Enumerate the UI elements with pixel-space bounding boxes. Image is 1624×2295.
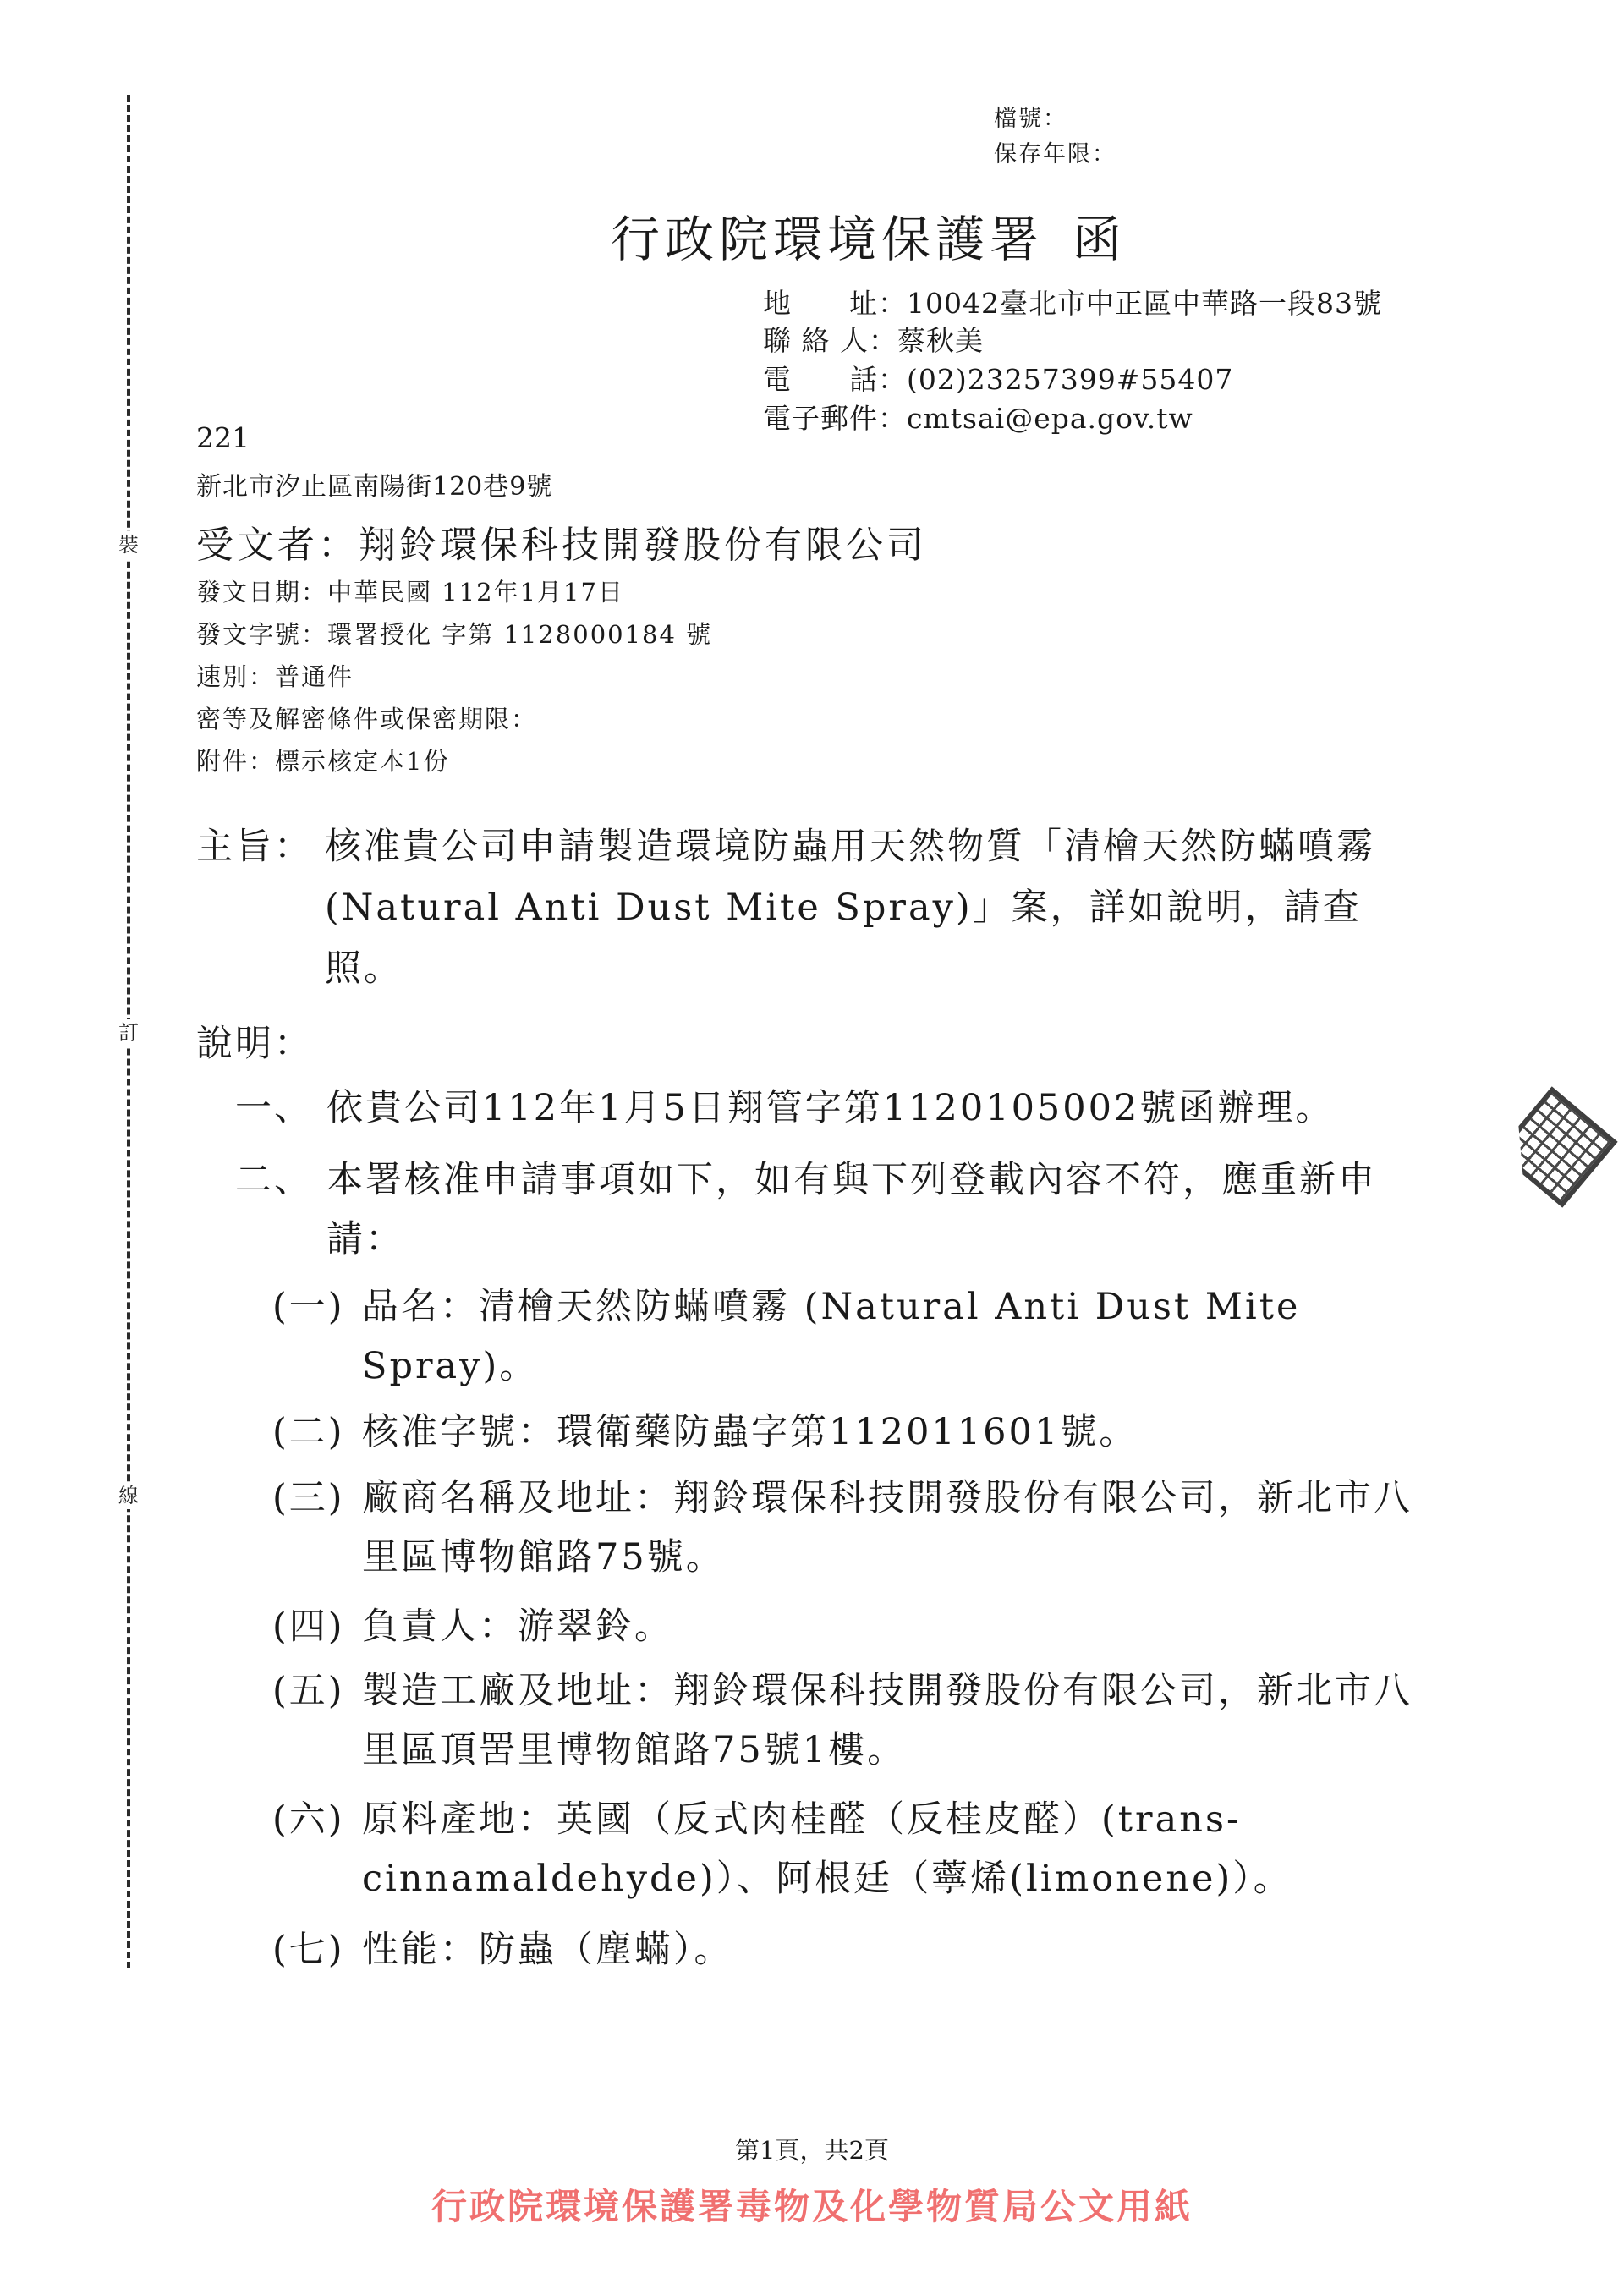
contact-email-label: 電子郵件： (763, 402, 907, 435)
subject-label: 主旨： (196, 816, 313, 877)
sub-item-responsible-person: (四) 負責人：游翠鈴。 (272, 1597, 1423, 1656)
item-number: 二、 (235, 1150, 313, 1210)
meta-value: 中華民國 112年1月17日 (327, 578, 624, 607)
contact-phone-label: 電 話： (763, 363, 907, 396)
file-number-label: 檔號： (994, 100, 1067, 133)
meta-label: 密等及解密條件或保密期限： (196, 705, 537, 733)
meta-label: 附件： (196, 747, 275, 776)
meta-value: 標示核定本1份 (275, 747, 449, 776)
page-number: 第1頁，共2頁 (0, 2132, 1624, 2166)
description-label: 說明： (196, 1015, 313, 1067)
subject: 主旨： 核准貴公司申請製造環境防蟲用天然物質「清檜天然防蟎噴霧 (Natural… (196, 816, 1414, 999)
contact-email-value[interactable]: cmtsai@epa.gov.tw (907, 402, 1193, 435)
document-title: 行政院環境保護署函 (611, 200, 1127, 271)
sub-item-text: 製造工廠及地址：翔鈴環保科技開發股份有限公司，新北市八里區頂罟里博物館路75號1… (362, 1661, 1423, 1780)
meta-label: 發文日期： (196, 578, 327, 607)
sub-item-number: (五) (272, 1661, 345, 1721)
contact-email: 電子郵件：cmtsai@epa.gov.tw (763, 397, 1193, 436)
meta-label: 速別： (196, 662, 275, 691)
document-type: 函 (1073, 211, 1127, 268)
sub-item-manufacturer: (三) 廠商名稱及地址：翔鈴環保科技開發股份有限公司，新北市八里區博物館路75號… (272, 1469, 1423, 1587)
recipient-address: 新北市汐止區南陽街120巷9號 (196, 465, 552, 502)
meta-classification: 密等及解密條件或保密期限： (196, 700, 537, 735)
stationery-footer: 行政院環境保護署毒物及化學物質局公文用紙 (0, 2179, 1624, 2230)
contact-address-label: 地 址： (763, 287, 907, 320)
recipient: 受文者：翔鈴環保科技開發股份有限公司 (196, 514, 927, 568)
sub-item-text: 負責人：游翠鈴。 (362, 1597, 1423, 1656)
meta-attachment: 附件：標示核定本1份 (196, 743, 449, 777)
sub-item-number: (六) (272, 1790, 345, 1849)
sub-item-text: 廠商名稱及地址：翔鈴環保科技開發股份有限公司，新北市八里區博物館路75號。 (362, 1469, 1423, 1587)
sub-item-performance: (七) 性能：防蟲（塵蟎）。 (272, 1920, 1423, 1979)
binding-char-ding: 訂 (115, 1019, 142, 1046)
subject-text: 核准貴公司申請製造環境防蟲用天然物質「清檜天然防蟎噴霧 (Natural Ant… (325, 816, 1414, 999)
sub-item-text: 原料產地：英國（反式肉桂醛（反桂皮醛）(trans-cinnamaldehyde… (362, 1790, 1423, 1908)
item-text: 依貴公司112年1月5日翔管字第1120105002號函辦理。 (326, 1079, 1419, 1138)
contact-person-value: 蔡秋美 (897, 324, 984, 357)
seam-seal-stamp (1496, 1086, 1618, 1208)
meta-label: 發文字號： (196, 620, 327, 649)
sub-item-approval-number: (二) 核准字號：環衛藥防蟲字第112011601號。 (272, 1403, 1423, 1462)
contact-address: 地 址：10042臺北市中正區中華路一段83號 (763, 282, 1382, 321)
sub-item-number: (二) (272, 1403, 345, 1462)
retention-period-label: 保存年限： (994, 135, 1116, 168)
sub-item-product-name: (一) 品名：清檜天然防蟎噴霧 (Natural Anti Dust Mite … (272, 1277, 1423, 1396)
item-text: 本署核准申請事項如下，如有與下列登載內容不符，應重新申請： (326, 1150, 1419, 1269)
recipient-name: 翔鈴環保科技開發股份有限公司 (359, 524, 927, 567)
agency-name: 行政院環境保護署 (611, 211, 1044, 268)
contact-person: 聯 絡 人：蔡秋美 (763, 319, 984, 359)
sub-item-number: (四) (272, 1597, 345, 1656)
recipient-zip: 221 (196, 421, 250, 454)
contact-person-label: 聯 絡 人： (763, 324, 897, 357)
meta-value: 普通件 (275, 662, 354, 691)
meta-document-number: 發文字號：環署授化 字第 1128000184 號 (196, 616, 712, 651)
sub-item-number: (三) (272, 1469, 345, 1528)
sub-item-number: (一) (272, 1277, 345, 1337)
contact-phone-value: (02)23257399#55407 (907, 363, 1233, 396)
description-item-2: 二、 本署核准申請事項如下，如有與下列登載內容不符，應重新申請： (235, 1150, 1419, 1269)
item-number: 一、 (235, 1079, 313, 1138)
sub-item-text: 核准字號：環衛藥防蟲字第112011601號。 (362, 1403, 1423, 1462)
binding-char-xian: 線 (115, 1482, 142, 1509)
sub-item-raw-material-origin: (六) 原料產地：英國（反式肉桂醛（反桂皮醛）(trans-cinnamalde… (272, 1790, 1423, 1908)
recipient-label: 受文者： (196, 524, 359, 567)
meta-urgency: 速別：普通件 (196, 658, 354, 693)
sub-item-text: 品名：清檜天然防蟎噴霧 (Natural Anti Dust Mite Spra… (362, 1277, 1423, 1396)
contact-phone: 電 話：(02)23257399#55407 (763, 358, 1233, 398)
binding-char-zhuang: 裝 (115, 531, 142, 558)
sub-item-text: 性能：防蟲（塵蟎）。 (362, 1920, 1423, 1979)
description-item-1: 一、 依貴公司112年1月5日翔管字第1120105002號函辦理。 (235, 1079, 1419, 1138)
meta-value: 環署授化 字第 1128000184 號 (327, 620, 712, 649)
sub-item-factory: (五) 製造工廠及地址：翔鈴環保科技開發股份有限公司，新北市八里區頂罟里博物館路… (272, 1661, 1423, 1780)
sub-item-number: (七) (272, 1920, 345, 1979)
contact-address-value: 10042臺北市中正區中華路一段83號 (907, 287, 1382, 320)
official-letter-page: 裝 訂 線 檔號： 保存年限： 行政院環境保護署函 地 址：10042臺北市中正… (0, 0, 1624, 2295)
meta-issue-date: 發文日期：中華民國 112年1月17日 (196, 574, 624, 608)
